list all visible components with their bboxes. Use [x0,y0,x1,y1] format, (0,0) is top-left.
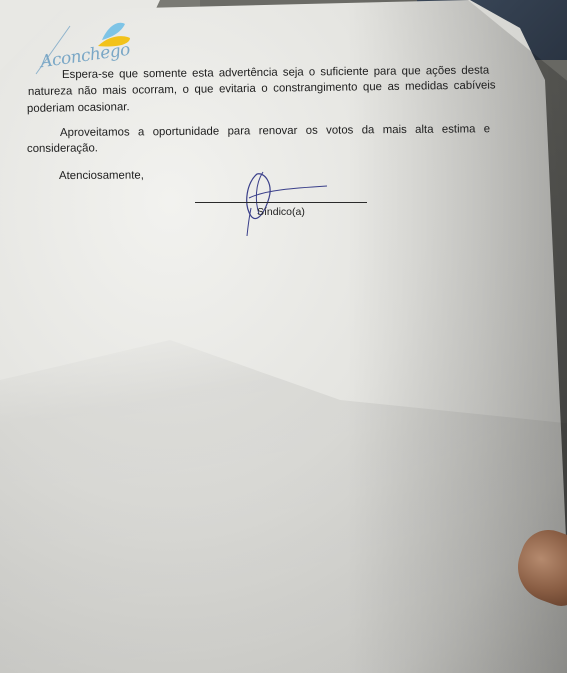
closing-salutation: Atenciosamente, [59,170,144,182]
photo-scene: Aconchego Espera-se que somente esta adv… [0,0,567,673]
handwritten-signature [235,168,335,238]
signature-label: Síndico(a) [257,206,305,218]
paragraph-1-line-3: poderiam ocasionar. [27,101,130,115]
signature-line [195,202,367,203]
paragraph-2-line-2: consideração. [27,142,98,155]
signature-icon [235,168,335,238]
